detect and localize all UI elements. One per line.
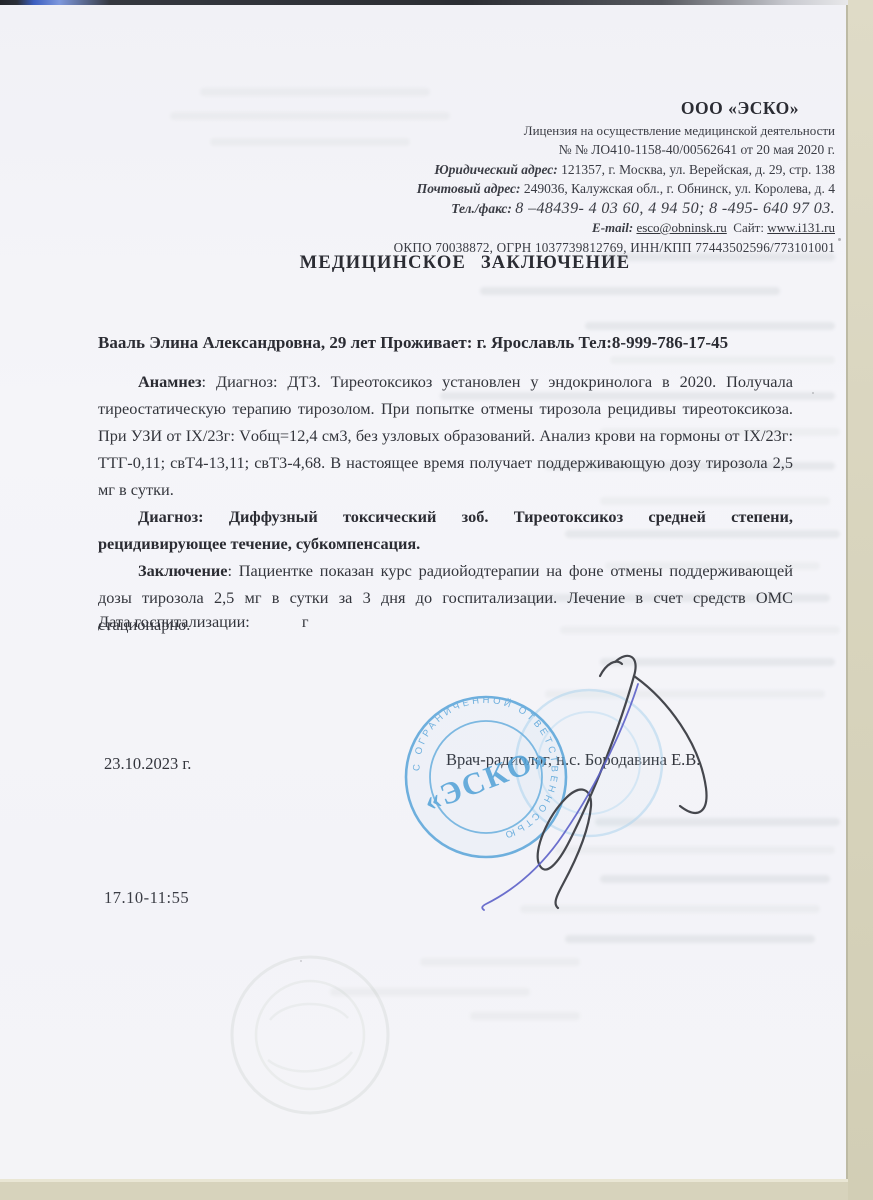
- esco-stamp: С ОГРАНИЧЕННОЙ ОТВЕТСТВЕННОСТЬЮ «ЭСКО»: [406, 695, 566, 857]
- bleed-line: [480, 287, 780, 295]
- legal-address-label: Юридический адрес:: [434, 162, 557, 177]
- bottom-ghost-stamp: [232, 957, 388, 1113]
- bleed-line: [520, 905, 820, 913]
- anamnesis-paragraph: Анамнез: Диагноз: ДТЗ. Тиреотоксикоз уст…: [98, 368, 793, 503]
- phone-label: Тел./факс:: [451, 201, 512, 216]
- scan-speck: [300, 960, 302, 962]
- phone-value: 8 –48439- 4 03 60, 4 94 50; 8 -495- 640 …: [515, 200, 835, 217]
- conclusion-label: Заключение: [138, 561, 227, 580]
- org-name: ООО «ЭСКО»: [195, 99, 835, 119]
- hospitalization-line: Дата госпитализации:г: [98, 612, 309, 632]
- email-link[interactable]: esco@obninsk.ru: [636, 220, 726, 235]
- bleed-line: [545, 690, 825, 698]
- contacts: E-mail: esco@obninsk.ru Сайт: www.i131.r…: [195, 218, 835, 238]
- scanner-edge-right: [846, 0, 873, 1200]
- site-label: Сайт:: [733, 220, 764, 235]
- postal-address-label: Почтовый адрес:: [417, 181, 521, 196]
- legal-address: Юридический адрес: 121357, г. Москва, ул…: [195, 160, 835, 180]
- scanner-edge-top: [0, 0, 848, 5]
- document-page: ООО «ЭСКО» Лицензия на осуществление мед…: [0, 0, 848, 1182]
- site-link[interactable]: www.i131.ru: [767, 220, 835, 235]
- scan-timestamp: 17.10-11:55: [104, 888, 189, 908]
- bleed-line: [600, 658, 835, 666]
- bleed-line: [555, 846, 835, 854]
- bleed-line: [470, 1012, 580, 1020]
- scanner-edge-bottom: [0, 1179, 848, 1200]
- letterhead: ООО «ЭСКО» Лицензия на осуществление мед…: [195, 99, 835, 257]
- postal-address-value: 249036, Калужская обл., г. Обнинск, ул. …: [524, 181, 835, 196]
- diagnosis-paragraph: Диагноз: Диффузный токсический зоб. Тире…: [98, 503, 793, 557]
- bleed-line: [585, 322, 835, 330]
- doctor-name: Врач-радиолог, н.с. Бородавина Е.В.: [446, 750, 700, 770]
- bleed-line: [420, 958, 580, 966]
- email-label: E-mail:: [592, 220, 633, 235]
- phone-fax: Тел./факс: 8 –48439- 4 03 60, 4 94 50; 8…: [195, 199, 835, 219]
- legal-address-value: 121357, г. Москва, ул. Верейская, д. 29,…: [561, 162, 835, 177]
- anamnesis-label: Анамнез: [138, 372, 202, 391]
- bleed-line: [595, 818, 840, 826]
- scanned-document: ООО «ЭСКО» Лицензия на осуществление мед…: [0, 0, 873, 1200]
- diagnosis-label: Диагноз:: [138, 507, 204, 526]
- license-line-1: Лицензия на осуществление медицинской де…: [195, 121, 835, 141]
- hospitalization-suffix: г: [302, 612, 309, 632]
- bleed-line: [565, 935, 815, 943]
- scan-speck: [812, 392, 814, 394]
- bleed-line: [600, 875, 830, 883]
- bleed-line: [330, 988, 530, 996]
- document-date: 23.10.2023 г.: [104, 754, 191, 774]
- anamnesis-text: : Диагноз: ДТЗ. Тиреотоксикоз установлен…: [98, 372, 793, 499]
- bleed-line: [200, 88, 430, 96]
- bleed-line: [610, 356, 835, 364]
- document-title: МЕДИЦИНСКОЕ ЗАКЛЮЧЕНИЕ: [80, 253, 850, 274]
- license-line-2: № № ЛО410-1158-40/00562641 от 20 мая 202…: [195, 140, 835, 160]
- patient-line: Вааль Элина Александровна, 29 лет Прожив…: [98, 333, 798, 353]
- postal-address: Почтовый адрес: 249036, Калужская обл., …: [195, 179, 835, 199]
- hospitalization-label: Дата госпитализации:: [98, 612, 250, 631]
- scan-speck: [838, 238, 841, 241]
